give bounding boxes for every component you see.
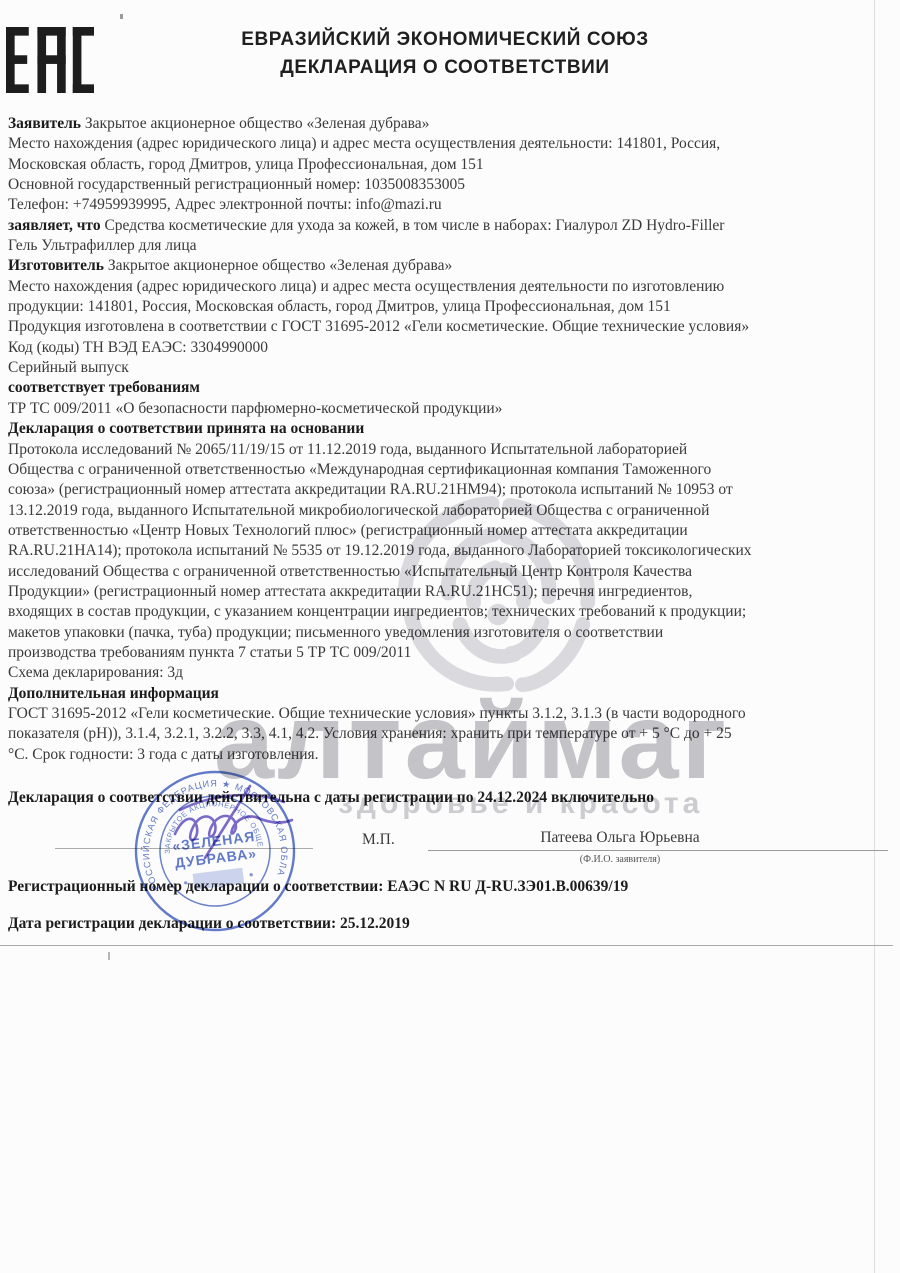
doc-line-text: Закрытое акционерное общество «Зеленая д… bbox=[81, 115, 429, 132]
doc-line: соответствует требованиям bbox=[8, 378, 752, 398]
declaration-body: Заявитель Закрытое акционерное общество … bbox=[8, 114, 752, 765]
doc-line: Заявитель Закрытое акционерное общество … bbox=[8, 114, 752, 134]
doc-line-text: союза» (регистрационный номер аттестата … bbox=[8, 481, 733, 498]
doc-line-text: ТР ТС 009/2011 «О безопасности парфюмерн… bbox=[8, 400, 502, 417]
handwritten-signature bbox=[150, 778, 345, 870]
doc-line: Продукция изготовлена в соответствии с Г… bbox=[8, 317, 752, 337]
bottom-rule bbox=[0, 945, 893, 946]
applicant-name-caption: (Ф.И.О. заявителя) bbox=[440, 854, 800, 865]
doc-line: показателя (рН)), 3.1.4, 3.2.1, 3.2.2, 3… bbox=[8, 724, 752, 744]
doc-line: RA.RU.21НА14); протокола испытаний № 553… bbox=[8, 541, 752, 561]
doc-line-label: заявляет, что bbox=[8, 217, 101, 234]
doc-line: Код (коды) ТН ВЭД ЕАЭС: 3304990000 bbox=[8, 338, 752, 358]
doc-line-label: Декларация о соответствии принята на осн… bbox=[8, 420, 364, 437]
doc-line-text: Основной государственный регистрационный… bbox=[8, 176, 465, 193]
doc-line: Место нахождения (адрес юридического лиц… bbox=[8, 277, 752, 297]
doc-line-text: Телефон: +74959939995, Адрес электронной… bbox=[8, 196, 442, 213]
doc-line: Продукции» (регистрационный номер аттест… bbox=[8, 582, 752, 602]
doc-line-label: Заявитель bbox=[8, 115, 81, 132]
doc-line: °С. Срок годности: 3 года с даты изготов… bbox=[8, 745, 752, 765]
declaration-document-page: ЕВРАЗИЙСКИЙ ЭКОНОМИЧЕСКИЙ СОЮЗ ДЕКЛАРАЦИ… bbox=[0, 0, 900, 1273]
doc-line: Гель Ультрафиллер для лица bbox=[8, 236, 752, 256]
doc-line-text: Общества с ограниченной ответственностью… bbox=[8, 461, 711, 478]
doc-line-text: продукции: 141801, Россия, Московская об… bbox=[8, 298, 671, 315]
doc-line: заявляет, что Средства косметические для… bbox=[8, 216, 752, 236]
doc-line-text: Средства косметические для ухода за коже… bbox=[101, 217, 725, 234]
doc-line: Декларация о соответствии принята на осн… bbox=[8, 419, 752, 439]
title-line-1: ЕВРАЗИЙСКИЙ ЭКОНОМИЧЕСКИЙ СОЮЗ bbox=[0, 26, 890, 54]
doc-line-label: Дополнительная информация bbox=[8, 685, 219, 702]
document-title: ЕВРАЗИЙСКИЙ ЭКОНОМИЧЕСКИЙ СОЮЗ ДЕКЛАРАЦИ… bbox=[0, 26, 890, 82]
mp-label: М.П. bbox=[362, 831, 395, 849]
doc-line-text: ГОСТ 31695-2012 «Гели косметические. Общ… bbox=[8, 705, 746, 722]
doc-line-label: Изготовитель bbox=[8, 257, 104, 274]
doc-line-text: входящих в состав продукции, с указанием… bbox=[8, 603, 746, 620]
doc-line-text: Место нахождения (адрес юридического лиц… bbox=[8, 135, 720, 152]
doc-line: макетов упаковки (пачка, туба) продукции… bbox=[8, 623, 752, 643]
doc-line-text: Гель Ультрафиллер для лица bbox=[8, 237, 197, 254]
stamp-stipple-block bbox=[193, 868, 245, 890]
doc-line: Схема декларирования: 3д bbox=[8, 663, 752, 683]
doc-line-text: Закрытое акционерное общество «Зеленая д… bbox=[104, 257, 452, 274]
doc-line: Серийный выпуск bbox=[8, 358, 752, 378]
doc-line: Общества с ограниченной ответственностью… bbox=[8, 460, 752, 480]
doc-line: Московская область, город Дмитров, улица… bbox=[8, 155, 752, 175]
doc-line: Протокола исследований № 2065/11/19/15 о… bbox=[8, 440, 752, 460]
doc-line: Телефон: +74959939995, Адрес электронной… bbox=[8, 195, 752, 215]
scan-speck bbox=[120, 14, 123, 19]
scan-speck bbox=[108, 952, 110, 960]
doc-line-text: показателя (рН)), 3.1.4, 3.2.1, 3.2.2, 3… bbox=[8, 725, 732, 742]
doc-line: Основной государственный регистрационный… bbox=[8, 175, 752, 195]
doc-line-text: 13.12.2019 года, выданного Испытательной… bbox=[8, 502, 709, 519]
doc-line-text: Продукции» (регистрационный номер аттест… bbox=[8, 583, 692, 600]
doc-line: ответственностью «Центр Новых Технологий… bbox=[8, 521, 752, 541]
doc-line-text: производства требованиям пункта 7 статьи… bbox=[8, 644, 411, 661]
doc-line: исследований Общества с ограниченной отв… bbox=[8, 562, 752, 582]
doc-line-text: Код (коды) ТН ВЭД ЕАЭС: 3304990000 bbox=[8, 339, 268, 356]
doc-line: ГОСТ 31695-2012 «Гели косметические. Общ… bbox=[8, 704, 752, 724]
doc-line: союза» (регистрационный номер аттестата … bbox=[8, 480, 752, 500]
doc-line-text: ответственностью «Центр Новых Технологий… bbox=[8, 522, 688, 539]
doc-line-text: Продукция изготовлена в соответствии с Г… bbox=[8, 318, 749, 335]
doc-line: ТР ТС 009/2011 «О безопасности парфюмерн… bbox=[8, 399, 752, 419]
doc-line-text: Московская область, город Дмитров, улица… bbox=[8, 156, 484, 173]
title-line-2: ДЕКЛАРАЦИЯ О СООТВЕТСТВИИ bbox=[0, 54, 890, 82]
doc-line: Дополнительная информация bbox=[8, 684, 752, 704]
doc-line: Изготовитель Закрытое акционерное общест… bbox=[8, 256, 752, 276]
doc-line: Место нахождения (адрес юридического лиц… bbox=[8, 134, 752, 154]
scan-artifact-line bbox=[874, 0, 875, 1273]
doc-line: производства требованиям пункта 7 статьи… bbox=[8, 643, 752, 663]
signature-line-right bbox=[428, 850, 888, 851]
doc-line-text: исследований Общества с ограниченной отв… bbox=[8, 563, 692, 580]
doc-line: 13.12.2019 года, выданного Испытательной… bbox=[8, 501, 752, 521]
applicant-name: Патеева Ольга Юрьевна bbox=[440, 829, 800, 847]
doc-line: продукции: 141801, Россия, Московская об… bbox=[8, 297, 752, 317]
doc-line-text: Место нахождения (адрес юридического лиц… bbox=[8, 278, 724, 295]
doc-line-text: RA.RU.21НА14); протокола испытаний № 553… bbox=[8, 542, 752, 559]
doc-line-label: соответствует требованиям bbox=[8, 379, 200, 396]
doc-line-text: Схема декларирования: 3д bbox=[8, 664, 183, 681]
registration-number-line: Регистрационный номер декларации о соотв… bbox=[8, 878, 628, 896]
doc-line-text: Серийный выпуск bbox=[8, 359, 129, 376]
doc-line-text: макетов упаковки (пачка, туба) продукции… bbox=[8, 624, 663, 641]
doc-line: входящих в состав продукции, с указанием… bbox=[8, 602, 752, 622]
doc-line-text: Протокола исследований № 2065/11/19/15 о… bbox=[8, 441, 687, 458]
